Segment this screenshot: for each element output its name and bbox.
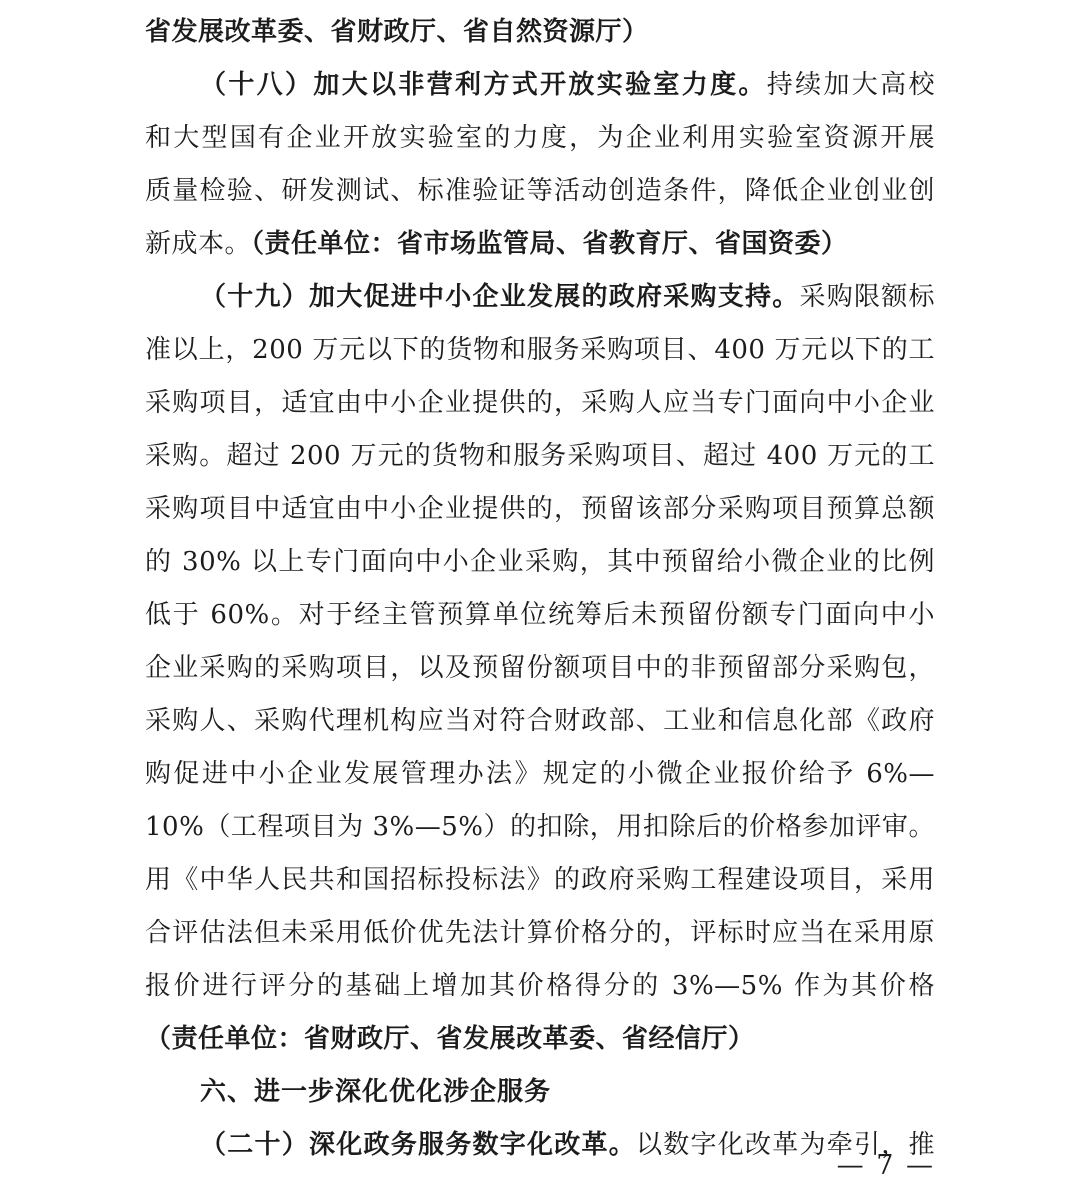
text-segment: 质量检验、研发测试、标准验证等活动创造条件，降低企业创业创: [145, 176, 935, 206]
text-segment: 用《中华人民共和国招标投标法》的政府采购工程建设项目，采用综: [145, 865, 935, 907]
text-segment: 采购限额标: [799, 282, 935, 312]
section-heading-text: 六、进一步深化优化涉企服务: [200, 1077, 551, 1107]
text-segment: 企业采购的采购项目，以及预留份额项目中的非预留部分采购包，: [145, 653, 935, 683]
text-line: 采购人、采购代理机构应当对符合财政部、工业和信息化部《政府采: [145, 695, 935, 748]
text-line: 低于 60%。对于经主管预算单位统筹后未预留份额专门面向中小: [145, 589, 935, 642]
text-segment: 的 30% 以上专门面向中小企业采购，其中预留给小微企业的比例不: [145, 547, 935, 589]
text-line: 的 30% 以上专门面向中小企业采购，其中预留给小微企业的比例不: [145, 536, 935, 589]
text-line: 和大型国有企业开放实验室的力度，为企业利用实验室资源开展: [145, 112, 935, 165]
text-line: 准以上，200 万元以下的货物和服务采购项目、400 万元以下的工程: [145, 324, 935, 377]
document-page: 省发展改革委、省财政厅、省自然资源厅）（十八）加大以非营利方式开放实验室力度。持…: [0, 0, 1080, 1191]
text-segment: 和大型国有企业开放实验室的力度，为企业利用实验室资源开展: [145, 123, 935, 153]
text-segment: 10%（工程项目为 3%—5%）的扣除，用扣除后的价格参加评审。适: [145, 812, 935, 854]
text-segment: 采购。超过 200 万元的货物和服务采购项目、超过 400 万元的工程: [145, 441, 935, 483]
text-segment: 准以上，200 万元以下的货物和服务采购项目、400 万元以下的工程: [145, 335, 935, 377]
text-line: 新成本。（责任单位：省市场监管局、省教育厅、省国资委）: [145, 218, 935, 271]
text-line: （十九）加大促进中小企业发展的政府采购支持。采购限额标: [145, 271, 935, 324]
text-line: 报价进行评分的基础上增加其价格得分的 3%—5% 作为其价格分。: [145, 960, 935, 1013]
text-line: 质量检验、研发测试、标准验证等活动创造条件，降低企业创业创: [145, 165, 935, 218]
text-line: 用《中华人民共和国招标投标法》的政府采购工程建设项目，采用综: [145, 854, 935, 907]
text-line: （十八）加大以非营利方式开放实验室力度。持续加大高校: [145, 59, 935, 112]
text-segment: 报价进行评分的基础上增加其价格得分的 3%—5% 作为其价格分。: [145, 971, 935, 1013]
page-number: — 7 —: [145, 1148, 935, 1184]
text-block: 省发展改革委、省财政厅、省自然资源厅）（十八）加大以非营利方式开放实验室力度。持…: [145, 6, 935, 1172]
text-segment: 采购项目，适宜由中小企业提供的，采购人应当专门面向中小企业: [145, 388, 935, 418]
text-segment: （责任单位：省财政厅、省发展改革委、省经信厅）: [145, 1024, 755, 1054]
text-line: （责任单位：省财政厅、省发展改革委、省经信厅）: [145, 1013, 935, 1066]
section-heading: 六、进一步深化优化涉企服务: [145, 1066, 935, 1119]
text-segment: 采购项目中适宜由中小企业提供的，预留该部分采购项目预算总额: [145, 494, 935, 524]
text-segment: （十九）加大促进中小企业发展的政府采购支持。: [200, 282, 799, 312]
text-line: 采购项目，适宜由中小企业提供的，采购人应当专门面向中小企业: [145, 377, 935, 430]
text-line: 企业采购的采购项目，以及预留份额项目中的非预留部分采购包，: [145, 642, 935, 695]
text-line: 购促进中小企业发展管理办法》规定的小微企业报价给予 6%—: [145, 748, 935, 801]
text-segment: （责任单位：省市场监管局、省教育厅、省国资委）: [251, 229, 848, 259]
text-segment: 购促进中小企业发展管理办法》规定的小微企业报价给予 6%—: [145, 759, 935, 789]
text-segment: 合评估法但未采用低价优先法计算价格分的，评标时应当在采用原: [145, 918, 935, 948]
text-line: 合评估法但未采用低价优先法计算价格分的，评标时应当在采用原: [145, 907, 935, 960]
text-segment: 采购人、采购代理机构应当对符合财政部、工业和信息化部《政府采: [145, 706, 935, 748]
text-segment: （十八）加大以非营利方式开放实验室力度。: [200, 70, 767, 100]
text-line: 采购。超过 200 万元的货物和服务采购项目、超过 400 万元的工程: [145, 430, 935, 483]
text-segment: 新成本。: [145, 229, 251, 259]
text-line: 采购项目中适宜由中小企业提供的，预留该部分采购项目预算总额: [145, 483, 935, 536]
text-segment: 持续加大高校: [767, 70, 935, 100]
text-segment: 低于 60%。对于经主管预算单位统筹后未预留份额专门面向中小: [145, 600, 935, 630]
text-segment: 省发展改革委、省财政厅、省自然资源厅）: [145, 17, 649, 47]
text-line: 10%（工程项目为 3%—5%）的扣除，用扣除后的价格参加评审。适: [145, 801, 935, 854]
text-line: 省发展改革委、省财政厅、省自然资源厅）: [145, 6, 935, 59]
